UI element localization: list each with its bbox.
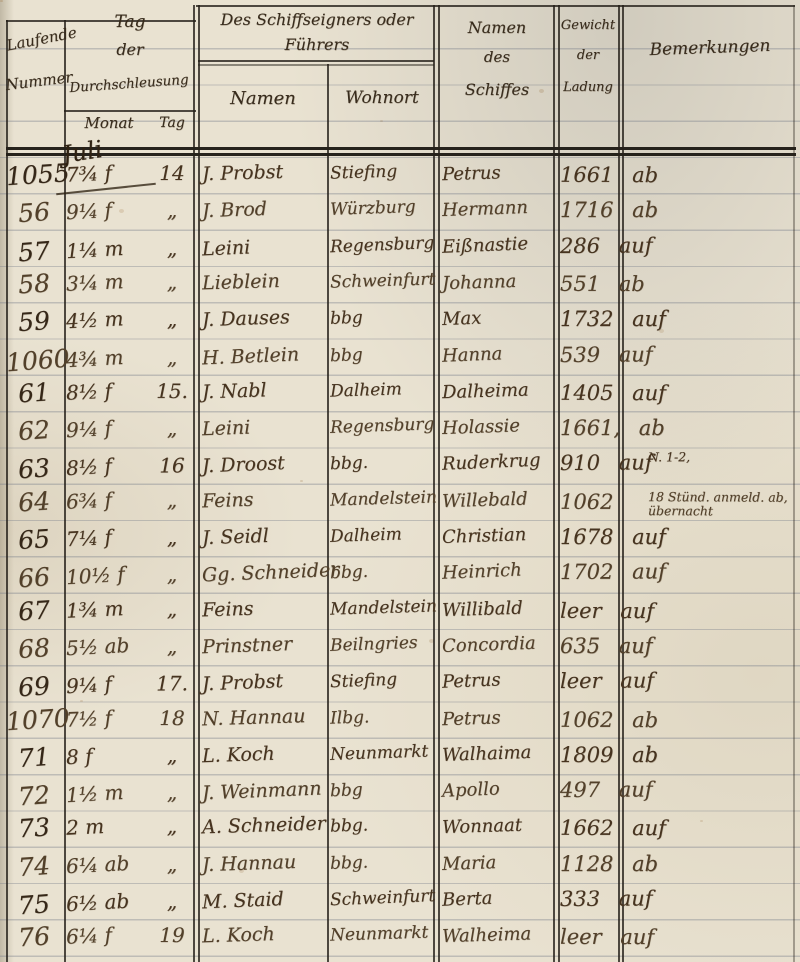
header-sub-day: Tag xyxy=(150,115,194,131)
row-passage-day: 15. xyxy=(150,379,194,403)
row-passage-day: 18 xyxy=(150,705,194,729)
row-passage-day: „ xyxy=(150,634,194,658)
row-cargo-weight: 333 auf xyxy=(560,886,775,911)
row-owner-name: Lieblein xyxy=(202,268,329,294)
row-ship-name: Eißnastie xyxy=(442,232,557,258)
row-passage-day: 17. xyxy=(150,671,194,695)
row-ship-name: Petrus xyxy=(442,161,557,185)
row-owner-name: J. Probst xyxy=(202,159,329,185)
header-owner-sub-residence: Wohnort xyxy=(328,88,436,108)
row-cargo-weight: 1732 auf xyxy=(560,307,775,331)
row-number: 67 xyxy=(5,594,63,627)
row-cargo-weight: 1661, ab xyxy=(560,416,775,440)
row-cargo-weight: leer auf xyxy=(560,668,775,693)
row-number: 1055 xyxy=(5,159,63,192)
row-passage-day: „ xyxy=(150,307,194,331)
row-passage-time: 8½ f xyxy=(65,452,152,481)
row-number: 74 xyxy=(5,850,63,883)
ledger-row: 73 2 m „ A. Schneider bbg. Wonnaat 1662 … xyxy=(0,812,800,851)
row-passage-time: 6½ ab xyxy=(65,887,152,916)
row-passage-day: „ xyxy=(150,780,194,804)
row-passage-day: „ xyxy=(150,814,194,838)
row-number: 64 xyxy=(5,485,63,518)
row-cargo-weight: 1702 auf xyxy=(560,559,775,584)
row-residence: Regensburg xyxy=(330,232,439,256)
row-passage-time: 1½ m xyxy=(65,778,152,807)
row-residence: bbg xyxy=(330,305,439,329)
header-owner-line1: Des Schiffseigners oder xyxy=(198,10,436,29)
row-number: 73 xyxy=(5,812,63,845)
row-owner-name: J. Seidl xyxy=(202,523,329,549)
row-ship-name: Willibald xyxy=(442,596,557,620)
row-residence: Würzburg xyxy=(330,196,439,220)
ledger-row: 56 9¼ f „ J. Brod Würzburg Hermann 1716 … xyxy=(0,196,800,232)
row-residence: Mandelstein xyxy=(330,596,439,619)
row-number: 66 xyxy=(5,561,63,594)
row-passage-day: „ xyxy=(150,236,194,260)
row-passage-day: „ xyxy=(150,198,194,222)
row-passage-day: „ xyxy=(150,345,194,369)
row-number: 71 xyxy=(5,741,63,774)
ledger-row: 74 6¼ ab „ J. Hannau bbg. Maria 1128 ab xyxy=(0,850,800,886)
header-ship-line1: Namen xyxy=(440,18,554,37)
row-owner-name: Gg. Schneider xyxy=(202,560,329,587)
row-passage-time: 3¼ m xyxy=(65,268,152,296)
row-residence: Schweinfurt xyxy=(330,269,439,292)
row-passage-day: „ xyxy=(150,416,194,440)
row-number: 1060 xyxy=(5,344,63,377)
row-ship-name: Max xyxy=(442,305,557,330)
ledger-row: 65 7¼ f „ J. Seidl Dalheim Christian 167… xyxy=(0,523,800,559)
row-remark: 18 Stünd. anmeld. ab, übernacht xyxy=(648,490,798,519)
row-passage-day: „ xyxy=(150,270,194,294)
header-passage-line3: Durchschleusung xyxy=(62,71,197,96)
row-number: 72 xyxy=(5,779,63,812)
row-ship-name: Christian xyxy=(442,523,557,548)
row-ship-name: Johanna xyxy=(442,270,557,294)
row-remark: N. 1-2, xyxy=(648,450,798,465)
row-cargo-weight: 1809 ab xyxy=(560,743,775,767)
row-number: 58 xyxy=(5,267,63,300)
row-residence: Dalheim xyxy=(330,523,439,547)
ledger-row: 75 6½ ab „ M. Staid Schweinfurt Berta 33… xyxy=(0,884,800,925)
row-number: 56 xyxy=(5,196,63,229)
row-owner-name: Leini xyxy=(202,414,329,440)
row-cargo-weight: 1716 ab xyxy=(560,198,775,222)
row-residence: Regensburg xyxy=(330,414,439,438)
row-residence: Stiefing xyxy=(330,668,439,692)
row-residence: bbg xyxy=(330,777,439,801)
row-passage-day: 14 xyxy=(150,161,194,185)
row-owner-name: L. Koch xyxy=(202,741,329,767)
row-cargo-weight: 1661 ab xyxy=(560,163,775,188)
row-passage-time: 6¼ ab xyxy=(65,849,152,877)
ledger-page: Laufende Nummer Tag der Durchschleusung … xyxy=(0,0,800,962)
row-ship-name: Petrus xyxy=(442,667,557,693)
header-cargo-line2: der xyxy=(556,48,620,63)
row-ship-name: Apollo xyxy=(442,776,557,802)
header-cargo-line3: Ladung xyxy=(556,80,620,95)
row-owner-name: J. Nabl xyxy=(202,377,329,403)
row-ship-name: Berta xyxy=(442,885,557,911)
row-passage-time: 8½ f xyxy=(65,376,152,404)
row-ship-name: Heinrich xyxy=(442,558,557,584)
row-owner-name: Feins xyxy=(202,595,329,621)
ledger-row: 69 9¼ f 17. J. Probst Stiefing Petrus le… xyxy=(0,666,800,707)
ledger-row: 1060 4¾ m „ H. Betlein bbg Hanna 539 auf xyxy=(0,339,800,380)
ledger-row: 58 3¼ m „ Lieblein Schweinfurt Johanna 5… xyxy=(0,267,800,306)
row-ship-name: Walhaima xyxy=(442,741,557,766)
row-cargo-weight: 1128 ab xyxy=(560,852,775,876)
row-residence: Stiefing xyxy=(330,160,439,183)
row-cargo-weight: 286 auf xyxy=(560,232,775,257)
row-passage-time: 6¾ f xyxy=(65,485,152,513)
row-passage-day: „ xyxy=(150,597,194,621)
row-passage-time: 1¾ m xyxy=(65,594,152,622)
row-passage-day: „ xyxy=(150,525,194,549)
row-ship-name: Wonnaat xyxy=(442,814,557,838)
row-passage-time: 5½ ab xyxy=(65,632,152,660)
row-passage-time: 7¼ f xyxy=(65,523,152,551)
row-cargo-weight: leer auf xyxy=(560,925,775,950)
row-passage-day: „ xyxy=(150,743,194,767)
row-number: 75 xyxy=(5,888,63,921)
header-ship-line2: des xyxy=(440,48,554,66)
row-number: 59 xyxy=(5,305,63,338)
row-owner-name: J. Probst xyxy=(202,668,329,695)
header-cargo-line1: Gewicht xyxy=(556,18,620,33)
row-ship-name: Willebald xyxy=(442,487,557,511)
table-top-border xyxy=(196,5,795,7)
row-ship-name: Ruderkrug xyxy=(442,449,557,475)
ledger-row: 72 1½ m „ J. Weinmann bbg Apollo 497 auf xyxy=(0,775,800,816)
row-residence: Dalheim xyxy=(330,378,439,401)
row-number: 65 xyxy=(5,523,63,556)
ledger-row: 62 9¼ f „ Leini Regensburg Holassie 1661… xyxy=(0,414,800,450)
row-owner-name: A. Schneider xyxy=(202,813,329,839)
row-passage-day: „ xyxy=(150,488,194,512)
row-residence: Schweinfurt xyxy=(330,886,439,910)
row-passage-time: 9¼ f xyxy=(65,196,152,224)
header-ship-line3: Schiffes xyxy=(440,80,554,99)
ledger-row: 61 8½ f 15. J. Nabl Dalheim Dalheima 140… xyxy=(0,376,800,415)
row-ship-name: Holassie xyxy=(442,414,557,439)
ledger-row: 57 1¼ m „ Leini Regensburg Eißnastie 286… xyxy=(0,230,800,271)
ledger-row: 59 4½ m „ J. Dauses bbg Max 1732 auf xyxy=(0,305,800,341)
row-passage-time: 10½ f xyxy=(65,561,152,590)
row-owner-name: J. Hannau xyxy=(202,849,329,875)
ledger-row: 64 6¾ f „ Feins Mandelstein Willebald 10… xyxy=(0,485,800,524)
ledger-row: 67 1¾ m „ Feins Mandelstein Willibald le… xyxy=(0,594,800,633)
row-cargo-weight: 635 auf xyxy=(560,634,775,658)
row-ship-name: Walheima xyxy=(442,923,557,947)
row-owner-name: M. Staid xyxy=(202,886,329,913)
row-residence: bbg. xyxy=(330,559,439,583)
month-day-top-border xyxy=(64,110,196,112)
row-passage-time: 7½ f xyxy=(65,703,152,731)
header-separator-line-1 xyxy=(6,147,796,150)
owner-header-bottom-border xyxy=(198,60,434,62)
row-residence: Beilngries xyxy=(330,632,439,656)
row-cargo-weight: 1662 auf xyxy=(560,816,775,841)
row-residence: Neunmarkt xyxy=(330,923,439,946)
row-owner-name: L. Koch xyxy=(202,922,329,948)
paper-speckles xyxy=(0,0,3,2)
ledger-row: 76 6¼ f 19 L. Koch Neunmarkt Walheima le… xyxy=(0,921,800,960)
row-residence: bbg. xyxy=(330,814,439,837)
row-residence: Neunmarkt xyxy=(330,741,439,765)
row-owner-name: J. Weinmann xyxy=(202,777,329,804)
row-number: 69 xyxy=(5,670,63,703)
row-ship-name: Concordia xyxy=(442,632,557,657)
row-owner-name: J. Brod xyxy=(202,196,329,222)
ledger-row: 71 8 f „ L. Koch Neunmarkt Walhaima 1809… xyxy=(0,741,800,777)
row-number: 68 xyxy=(5,632,63,665)
ledger-row: 1070 7½ f 18 N. Hannau Ilbg. Petrus 1062… xyxy=(0,703,800,742)
row-cargo-weight: 539 auf xyxy=(560,341,775,366)
row-passage-time: 4½ m xyxy=(65,305,152,333)
row-ship-name: Hermann xyxy=(442,196,557,221)
row-passage-day: 16 xyxy=(150,454,194,478)
header-passage-line1: Tag xyxy=(66,12,194,32)
row-number: 57 xyxy=(5,235,63,268)
row-residence: bbg. xyxy=(330,850,439,874)
row-passage-time: 9¼ f xyxy=(65,669,152,698)
row-cargo-weight: 1062 ab xyxy=(560,707,775,732)
header-remarks: Bemerkungen xyxy=(624,35,797,61)
header-passage-line2: der xyxy=(66,40,194,59)
row-passage-time: 6¼ f xyxy=(65,921,152,949)
row-ship-name: Maria xyxy=(442,850,557,875)
row-passage-day: „ xyxy=(150,889,194,913)
row-owner-name: J. Droost xyxy=(202,451,329,478)
row-cargo-weight: 497 auf xyxy=(560,777,775,802)
row-passage-time: 8 f xyxy=(65,741,152,769)
row-passage-time: 1¼ m xyxy=(65,234,152,263)
header-owner-sub-name: Namen xyxy=(200,88,326,109)
row-number: 61 xyxy=(5,376,63,409)
row-cargo-weight: leer auf xyxy=(560,598,775,623)
row-owner-name: H. Betlein xyxy=(202,342,329,369)
row-residence: Mandelstein xyxy=(330,487,439,510)
row-cargo-weight: 551 ab xyxy=(560,272,775,297)
row-cargo-weight: 1405 auf xyxy=(560,380,775,405)
row-residence: Ilbg. xyxy=(330,705,439,728)
row-cargo-weight: 1678 auf xyxy=(560,525,775,549)
row-passage-day: „ xyxy=(150,852,194,876)
row-number: 1070 xyxy=(5,703,63,736)
row-passage-day: 19 xyxy=(150,923,194,947)
row-owner-name: J. Dauses xyxy=(202,305,329,331)
row-owner-name: Leini xyxy=(202,233,329,260)
owner-header-bottom-border-2 xyxy=(198,64,434,66)
ledger-row: 68 5½ ab „ Prinstner Beilngries Concordi… xyxy=(0,632,800,668)
row-passage-time: 9¼ f xyxy=(65,414,152,442)
ledger-row: 1055 7¾ f 14 J. Probst Stiefing Petrus 1… xyxy=(0,158,800,197)
header-sub-month: Monat xyxy=(66,114,152,132)
row-ship-name: Hanna xyxy=(442,341,557,367)
row-owner-name: Prinstner xyxy=(202,632,329,658)
row-owner-name: Feins xyxy=(202,486,329,512)
row-passage-time: 2 m xyxy=(65,812,152,840)
row-number: 63 xyxy=(5,453,63,486)
row-owner-name: N. Hannau xyxy=(202,704,329,730)
row-ship-name: Petrus xyxy=(442,705,557,729)
row-number: 76 xyxy=(5,921,63,954)
row-number: 62 xyxy=(5,414,63,447)
row-passage-time: 4¾ m xyxy=(65,343,152,372)
row-passage-day: „ xyxy=(150,563,194,587)
header-owner-line2: Führers xyxy=(198,35,436,54)
row-residence: bbg. xyxy=(330,450,439,474)
ledger-row: 63 8½ f 16 J. Droost bbg. Ruderkrug 910 … xyxy=(0,448,800,489)
header-separator-line-2 xyxy=(6,153,796,156)
row-ship-name: Dalheima xyxy=(442,378,557,402)
ledger-row: 66 10½ f „ Gg. Schneider bbg. Heinrich 1… xyxy=(0,557,800,598)
row-residence: bbg xyxy=(330,341,439,365)
